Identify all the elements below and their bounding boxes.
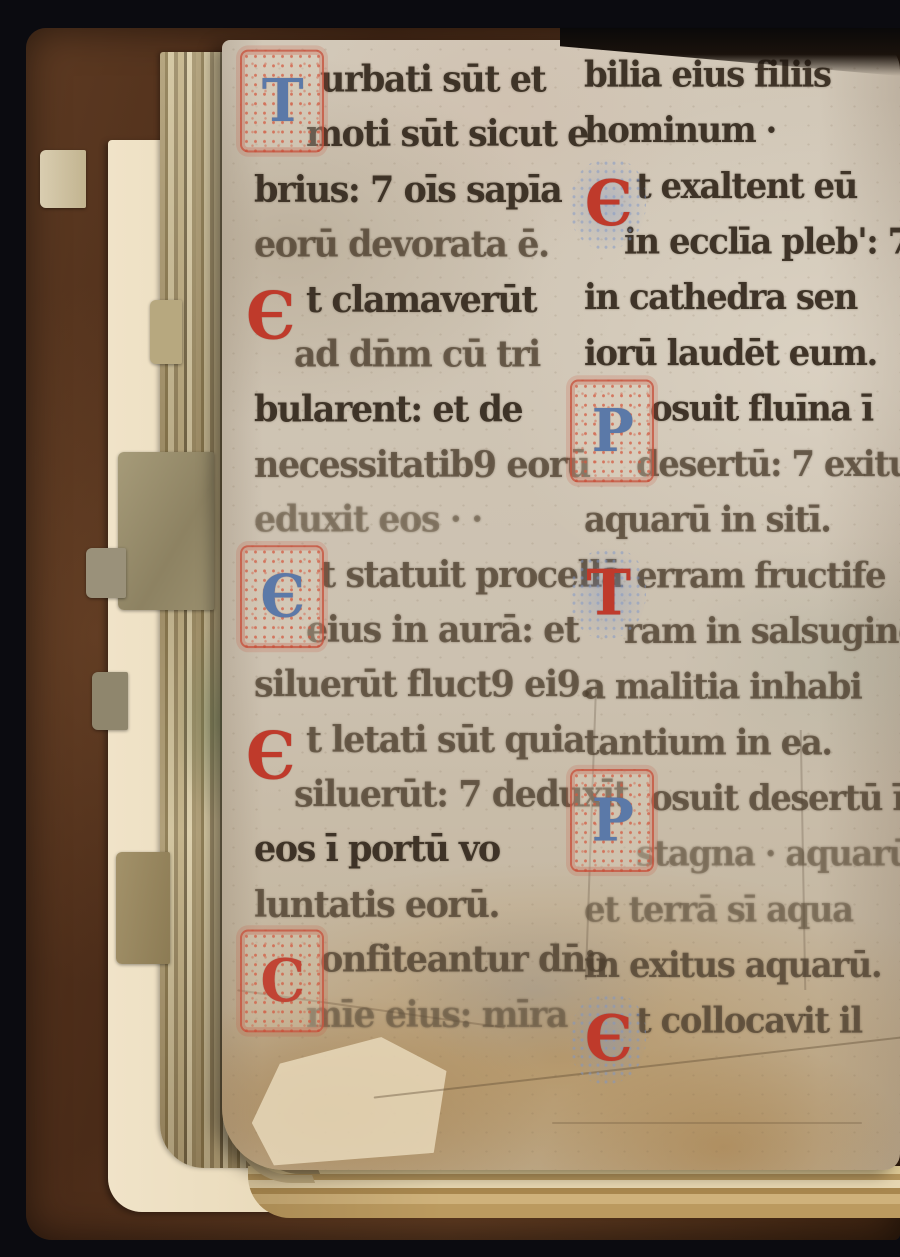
manuscript-text: ram in salsuginē: bbox=[624, 611, 900, 653]
text-line: siluerūt: 7 deduxīt bbox=[254, 773, 588, 828]
decorated-initial-E: Є bbox=[570, 159, 646, 249]
manuscript-text: hominum · bbox=[584, 110, 776, 152]
parchment-crease bbox=[552, 1122, 862, 1124]
text-line: Posuit fluīna ī bbox=[584, 388, 890, 444]
fore-edge-tab bbox=[92, 672, 128, 730]
manuscript-text: moti sūt sicut e bbox=[306, 113, 588, 156]
text-line: Confiteantur dn̄o bbox=[254, 938, 588, 993]
manuscript-text: in exitus aquarū. bbox=[584, 944, 881, 986]
manuscript-text: osuit fluīna ī bbox=[650, 388, 873, 430]
manuscript-text: eius in aurā: et bbox=[306, 608, 579, 651]
text-line: Turbati sūt et bbox=[254, 58, 588, 113]
decorated-initial-E: Є bbox=[240, 545, 324, 648]
manuscript-text: stagna · aquarū: bbox=[636, 833, 900, 875]
text-line: et terrā sī aqua bbox=[584, 889, 890, 945]
manuscript-text: luntatis eorū. bbox=[254, 883, 499, 926]
manuscript-text: osuit desertū ī bbox=[650, 777, 900, 819]
fore-edge-tab bbox=[150, 300, 182, 364]
manuscript-text: eduxit eos · · bbox=[254, 498, 482, 541]
text-line: Єt exaltent eū bbox=[584, 165, 890, 221]
text-line: aquarū in sitī. bbox=[584, 499, 890, 555]
text-line: Posuit desertū ī bbox=[584, 777, 890, 833]
decorated-initial-E: Є bbox=[240, 712, 300, 800]
manuscript-text: t letati sūt quia bbox=[306, 718, 584, 761]
manuscript-text: siluerūt fluct9 ei9. bbox=[254, 663, 590, 706]
manuscript-text: et terrā sī aqua bbox=[584, 889, 853, 931]
text-line: Єt letati sūt quia bbox=[254, 718, 588, 773]
photo-backdrop: Turbati sūt etmoti sūt sicut ebrius: 7 o… bbox=[0, 0, 900, 1257]
bottom-leaf-edges bbox=[248, 1166, 900, 1218]
manuscript-text: erram fructife bbox=[636, 555, 885, 597]
fore-edge-tab bbox=[116, 852, 170, 964]
manuscript-text: bularent: et de bbox=[254, 388, 522, 431]
manuscript-text: necessitatib9 eorū bbox=[254, 443, 590, 486]
manuscript-text: mīe eius: mīra bbox=[306, 993, 567, 1036]
text-line: bularent: et de bbox=[254, 388, 588, 443]
manuscript-text: desertū: 7 exitus bbox=[636, 444, 900, 486]
fore-edge-tab bbox=[86, 548, 126, 598]
text-column-right: bilia eius filiishominum ·Єt exaltent eū… bbox=[584, 54, 890, 1056]
manuscript-text: urbati sūt et bbox=[320, 58, 545, 101]
decorated-initial-E: Є bbox=[570, 994, 646, 1084]
decorated-initial-C: C bbox=[240, 930, 324, 1033]
text-line: Єt statuit procellā bbox=[254, 553, 588, 608]
manuscript-text: t exaltent eū bbox=[636, 165, 857, 207]
decorated-initial-T: T bbox=[570, 549, 646, 639]
manuscript-text: a malitia inhabi bbox=[584, 666, 861, 708]
text-line: Єt collocavit il bbox=[584, 1000, 890, 1056]
text-line: brius: 7 oīs sapīa bbox=[254, 168, 588, 223]
text-line: ad dn̄m cū tri bbox=[254, 333, 588, 388]
manuscript-text: eos ī portū vo bbox=[254, 828, 500, 871]
manuscript-text: onfiteantur dn̄o bbox=[320, 938, 607, 981]
parchment-repair-patch bbox=[242, 1029, 457, 1178]
text-line: a malitia inhabi bbox=[584, 666, 890, 722]
manuscript-text: tantium in ea. bbox=[584, 722, 832, 764]
manuscript-text: ad dn̄m cū tri bbox=[294, 333, 540, 376]
text-column-left: Turbati sūt etmoti sūt sicut ebrius: 7 o… bbox=[254, 58, 588, 1048]
decorated-initial-E: Є bbox=[240, 272, 300, 360]
text-line: hominum · bbox=[584, 110, 890, 166]
text-line: necessitatib9 eorū bbox=[254, 443, 588, 498]
fore-edge-tab bbox=[118, 452, 214, 610]
text-line: eorū devorata ē. bbox=[254, 223, 588, 278]
manuscript-text: eorū devorata ē. bbox=[254, 223, 549, 266]
manuscript-text: iorū laudēt eum. bbox=[584, 332, 877, 374]
text-line: in cathedra sen bbox=[584, 277, 890, 333]
manuscript-text: t collocavit il bbox=[636, 1000, 862, 1042]
manuscript-text: in ecclīa pleb': 7 bbox=[624, 221, 900, 263]
fore-edge-tab bbox=[40, 150, 86, 208]
text-line: eos ī portū vo bbox=[254, 828, 588, 883]
text-line: Terram fructife bbox=[584, 555, 890, 611]
manuscript-text: t clamaverūt bbox=[306, 278, 536, 321]
manuscript-text: in cathedra sen bbox=[584, 277, 857, 319]
text-line: in exitus aquarū. bbox=[584, 944, 890, 1000]
decorated-initial-P: P bbox=[570, 380, 654, 483]
manuscript-page: Turbati sūt etmoti sūt sicut ebrius: 7 o… bbox=[222, 40, 900, 1170]
text-line: Єt clamaverūt bbox=[254, 278, 588, 333]
manuscript-text: brius: 7 oīs sapīa bbox=[254, 168, 561, 211]
text-line: siluerūt fluct9 ei9. bbox=[254, 663, 588, 718]
decorated-initial-T: T bbox=[240, 50, 324, 153]
manuscript-text: aquarū in sitī. bbox=[584, 499, 831, 541]
decorated-initial-P: P bbox=[570, 769, 654, 872]
